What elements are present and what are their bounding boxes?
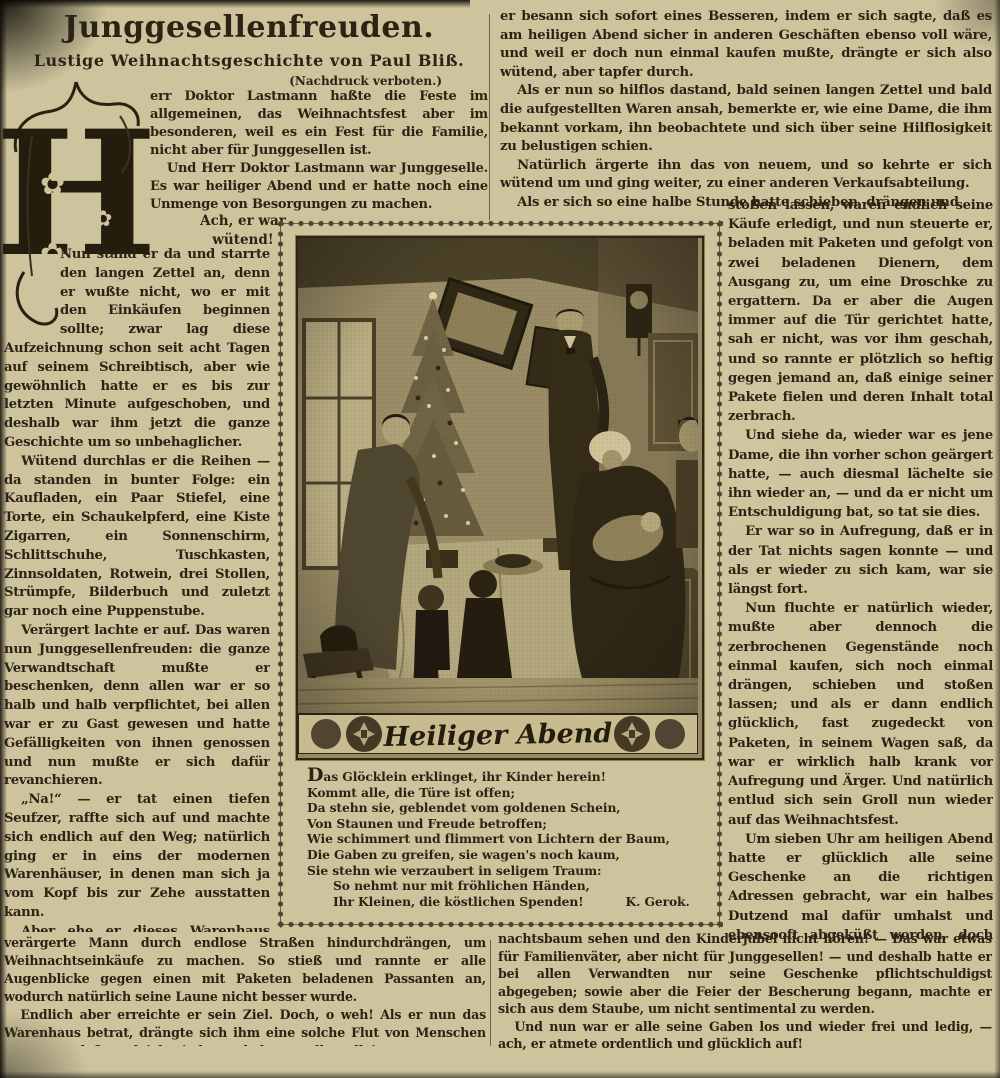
- poem-line: Die Gaben zu greifen, sie wagen's noch k…: [307, 847, 695, 863]
- poem-line: Sie stehn wie verzaubert in seligem Trau…: [307, 863, 695, 879]
- poem-line: So nehmt nur mit fröhlichen Händen,: [307, 878, 695, 894]
- column-divider-top: [489, 14, 490, 220]
- page-edge-shadow-bottom: [0, 1071, 1000, 1078]
- banner-text: Heiliger Abend: [382, 718, 612, 753]
- story-paragraph: stoßen lassen, waren endlich seine Käufe…: [728, 196, 993, 426]
- story-paragraph: Wütend durchlas er die Reihen — da stand…: [4, 453, 270, 622]
- beaded-border-bottom: [277, 921, 723, 928]
- beaded-border-top: [277, 220, 723, 227]
- poem-line: Das Glöcklein erklinget, ihr Kinder here…: [307, 768, 695, 785]
- story-paragraph: Und Herr Doktor Lastmann war Junggeselle…: [150, 160, 488, 214]
- flourish-spacer: [4, 246, 60, 324]
- story-paragraph: verärgerte Mann durch endlose Straßen hi…: [4, 934, 486, 1006]
- svg-text:✿: ✿: [40, 167, 65, 202]
- page-edge-shadow-top: [0, 0, 470, 8]
- story-paragraph: Verärgert lachte er auf. Das waren nun J…: [4, 622, 270, 791]
- poem-line: Wie schimmert und flimmert von Lichtern …: [307, 831, 695, 847]
- story-paragraph: Und nun war er alle seine Gaben los und …: [498, 1018, 992, 1053]
- banner: Heiliger Abend: [298, 714, 698, 754]
- right-column-top: er besann sich sofort eines Besseren, in…: [500, 8, 992, 218]
- story-paragraph: Natürlich ärgerte ihn das von neuem, und…: [500, 157, 992, 194]
- poem-line: Ihr Kleinen, die köstlichen Spenden!: [333, 894, 584, 910]
- beaded-border-right: [716, 220, 723, 928]
- story-paragraph: Er war so in Aufregung, daß er in der Ta…: [728, 522, 993, 599]
- story-paragraph: Nun fluchte er natürlich wieder, mußte a…: [728, 599, 993, 829]
- poem: Das Glöcklein erklinget, ihr Kinder here…: [307, 768, 695, 909]
- story-paragraph: Als er nun so hilflos dastand, bald sein…: [500, 82, 992, 156]
- story-paragraph: er besann sich sofort eines Besseren, in…: [500, 8, 992, 82]
- svg-text:✿: ✿: [94, 207, 112, 232]
- story-paragraph: Aber ehe er dieses Warenhaus erreichte, …: [4, 923, 270, 932]
- bottom-right-block: nachtsbaum sehen und den Kinderjubel nic…: [498, 930, 992, 1056]
- poem-line: Da stehn sie, geblendet vom goldenen Sch…: [307, 800, 695, 816]
- left-column: Nun stand er da und starrte den langen Z…: [4, 246, 270, 932]
- christmas-illustration: Heiliger Abend: [296, 236, 704, 760]
- story-paragraph: Und siehe da, wieder war es jene Dame, d…: [728, 426, 993, 522]
- poem-attribution: K. Gerok.: [626, 894, 690, 910]
- poem-line: Von Staunen und Freude betroffen;: [307, 816, 695, 832]
- illustration-frame: Heiliger Abend Das Glöcklein erklinget, …: [277, 220, 723, 928]
- story-paragraph: err Doktor Lastmann haßte die Feste im a…: [150, 88, 488, 160]
- right-column: stoßen lassen, waren endlich seine Käufe…: [728, 196, 993, 948]
- page-edge-shadow-right: [994, 0, 1000, 1078]
- magazine-page: Junggesellenfreuden. Lustige Weihnachtsg…: [0, 0, 1000, 1078]
- story-title: Junggesellenfreuden.: [18, 10, 480, 46]
- beaded-border-left: [277, 220, 284, 928]
- bottom-left-block: verärgerte Mann durch endlose Straßen hi…: [4, 934, 486, 1046]
- intro-paragraphs: err Doktor Lastmann haßte die Feste im a…: [150, 88, 488, 214]
- story-paragraph: Endlich aber erreichte er sein Ziel. Doc…: [4, 1006, 486, 1046]
- story-paragraph: nachtsbaum sehen und den Kinderjubel nic…: [498, 930, 992, 1018]
- poem-line: Kommt alle, die Türe ist offen;: [307, 785, 695, 801]
- story-paragraph: „Na!“ — er tat einen tiefen Seufzer, raf…: [4, 791, 270, 923]
- story-subtitle: Lustige Weihnachtsgeschichte von Paul Bl…: [18, 51, 480, 70]
- column-divider-bottom: [490, 940, 491, 1046]
